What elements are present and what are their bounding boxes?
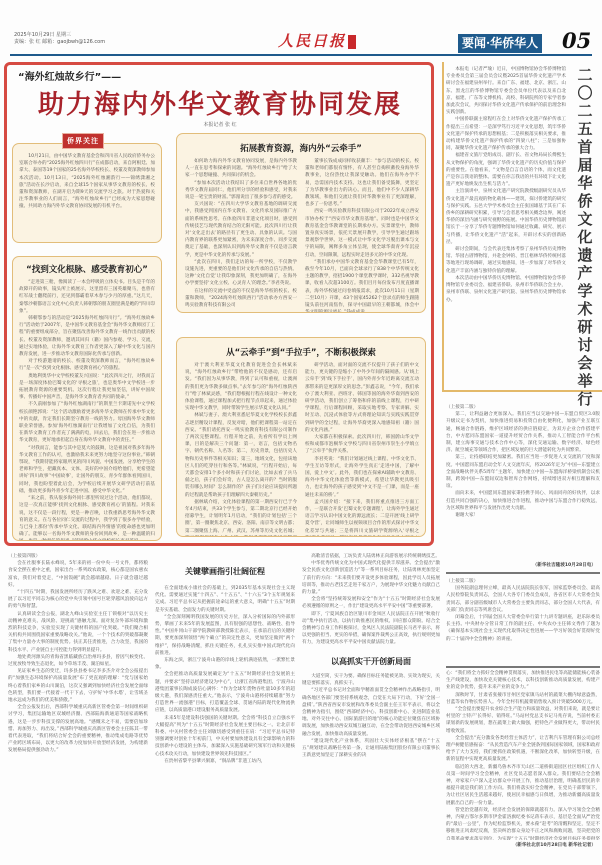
paragraph: 奥地利奥华中文学校校董友兴国说：“此次四川之行，对我而言是一场深度体验巴蜀文化的… <box>19 373 155 402</box>
sidebar-vertical-title: 二〇二五首届华侨文化遗产学术研讨会举行 <box>575 66 595 408</box>
paragraph: 谢谢大家！ <box>446 512 600 519</box>
paragraph: 在贵州省黎平县肇兴侗寨，“侗品牌”非遗工坊内， <box>155 758 295 765</box>
section3-box: 从“云牵手”到“手拉手”，不断积极探索 对于澳大利亚华夏文化教育促进会会长林斌来… <box>176 337 426 537</box>
overseas-edition-icon <box>348 35 356 49</box>
paragraph: 中华优秀传统文化为中国式现代化提供丰厚滋养。全会提出“激发全民族文化创新创造活力… <box>302 560 440 596</box>
paragraph: 全会公报发出后，西部科学城重庆高新区管委会第一时间组织研讨学习，集团运输地区双城… <box>8 704 148 754</box>
headline: 助力海内外华文教育协同发展 <box>0 84 440 121</box>
section3-title: 从“云牵手”到“手拉手”，不断积极探索 <box>177 338 425 358</box>
paragraph: 全会提出“充分激发各类经营主体活力”，让吉利汽车管理有限公司总经理卢树健倍感振奋… <box>446 735 600 764</box>
paragraph: 大道至简，实干为要。确保目标任务能被见效、实效为现实，关键是要抓落实、真抓实干。 <box>302 673 440 687</box>
paragraph: 对于校游邀请的校长、校董及资深教师而言，“海外红烛故乡行”是一次“找到文化根脉、… <box>19 358 155 372</box>
intro-text: 10月21日，由中国华文教育基金会和四川省人民政府侨务办公室联合举办的“2025… <box>19 153 155 211</box>
paragraph: 闭幕会后，十四届全国人大常委会举行第十九讲专题讲座，赵乐际委员长主持。中央财办分… <box>446 614 600 643</box>
paragraph: 本次活动由中国华侨历史博物馆、中国博物馆协会华侨博物馆专业委员会、福建省侨联、泉… <box>446 275 566 304</box>
bottom-col-4: 心：“我们将全力抓好全会精神贯彻落实，加快推进民电等高能储能核心装备生产线建设，… <box>446 670 600 840</box>
paragraph: 董事长钱成成同样收获颇丰：“参与活动的校长、校董和老师们都很有情怀，有人甚至自掏… <box>305 158 419 208</box>
paragraph: 研学活动，面对面的交流不仅提升了孩子们的中文能力，更关键的是缩小了中外少年间的隔… <box>305 362 419 434</box>
divider <box>446 666 600 668</box>
section2-col2: 董事长钱成成同样收获颇丰：“参与活动的校长、校董和老师们都很有情怀，有人甚至自掏… <box>305 158 419 313</box>
section3-col2: 研学活动，面对面的交流不仅提升了孩子们的中文能力，更关键的是缩小了中外少年间的隔… <box>305 362 419 537</box>
bottom-col-3a: 高歌清音依据，工坊负责人陆勇林正向游客展示传统刺绣技艺。 中华优秀传统文化为中国… <box>302 553 440 653</box>
paragraph: 在全面建成小康社会的基础上，到2035年基本实现社会主义现代化。需要通过实施“十… <box>155 585 295 614</box>
paragraph: 据林斌介绍，文化体验课程的第一期西安行已于今年4月结束，共33个学生参与，第二期… <box>185 499 297 537</box>
date-line: 2025年10月29日 星期三 责编：张 红 邮箱：gaojbwh@126.co… <box>14 32 105 46</box>
divider <box>446 572 600 574</box>
paragraph: 韩朝鄂参与的活动是“2025海外红烛四川行”。“海外红烛故乡行”活动始于2007… <box>19 315 155 358</box>
publication-date: 2025年10月29日 星期三 <box>14 32 105 39</box>
byline: 本报记者 张 红 <box>0 121 440 128</box>
subhead: 以高抓实干开创新局面 <box>302 656 440 667</box>
intro-box: 10月21日，由中国华文教育基金会和四川省人民政府侨务办公室联合举办的“2025… <box>12 143 162 243</box>
section-label: 要闻·华侨华人 <box>458 34 542 53</box>
dateline-credit: （新华社吉隆坡10月28日电） <box>446 562 596 568</box>
masthead: 2025年10月29日 星期三 责编：张 红 邮箱：gaojbwh@126.co… <box>10 10 592 56</box>
paragraph: 福建省文旅厅党组成员、副厅长、省文物局局长傅熙生从文物保护的角度，强调了华侨文化… <box>446 152 566 188</box>
paragraph: “十四五”时期，我国发展所经历了跌风之难、欢迎之难、充分发展了以习近平同志为核心… <box>8 589 148 611</box>
section2-box: 拓展教育资源，海内外“云牵手” 如何助力海内外华文教育协同发展，是海内外华教人一… <box>176 133 426 313</box>
paragraph: 孟兴国介绍：“接下来，我们将重点推进三方面工作，一是联合开发‘巴蜀文化专题课程’… <box>305 499 419 537</box>
page-number: 05 <box>562 28 591 53</box>
bottom-col-3b: 大道至简，实干为要。确保目标任务能被见效、实效为现实，关键是要抓落实、真抓实干。… <box>302 673 440 853</box>
paragraph: 高歌清音依据，工坊负责人陆勇林正向游客展示传统刺绣技艺。 <box>302 553 440 560</box>
section1-title: “找到文化根脉、感受教育初心” <box>13 257 161 275</box>
paragraph: 面向未来，中国愿同东盟国家秉持携手同心、风雨同舟的好伙伴，以求打造共同自强的决心… <box>446 490 600 512</box>
paragraph: 见证家乡生态的变迁，玛多县县委书记李多杰介对全会公报提出的“加强生态环境保护高质… <box>8 668 148 704</box>
paragraph: “对我而言，能参与其中是莫大的鼓舞，这是祖国对我多年海外华文教育工作的认可，也激… <box>19 445 155 495</box>
paragraph: 第三，让持感联结更加紧密。我们应当进一步促进人文交流的广度和深度。中国愿同东盟启… <box>446 454 600 490</box>
newspaper-logo: 人民日报 <box>278 30 356 51</box>
paragraph: 心：“我们将全力抓好全会精神贯彻落实，加快推进民电等高能储能核心装备生产线建设，… <box>446 670 600 692</box>
bottom-col-1: （上接第四版） 会在社服事长陆永峰说，5年来的初一份中央一号文件，都将粮食安全摆… <box>8 553 148 853</box>
section2-col1: 如何助力海内外华文教育协同发展，是海内外华教人一直在思考和探索的问题。“海外红烛… <box>185 158 297 309</box>
paragraph: 认真研读全会公报，湖北九峰山实验室主任丁锁根对“以历史主动精神克难关、战风险、迎… <box>8 611 148 654</box>
paragraph: 李君英说：“我们计划通过线上课程、中华文化节、学生互访等形式，让海外学生真正‘走… <box>305 456 419 499</box>
paragraph: 第二，让利益融合更加深入。我们应当以交通中国—东盟自贸区3.0版升级议定书为契机… <box>446 411 600 454</box>
column-badge: 侨界关注 <box>62 133 104 149</box>
continued-story-1: （上接第二版） 第二，让利益融合更加深入。我们应当以交通中国—东盟自贸区3.0版… <box>446 404 600 560</box>
paragraph: 会在社服事长陆永峰说，5年来的初一份中央一号文件，都将粮食安全摆在重中之重，国家… <box>8 560 148 589</box>
section1-text: “走进第三舱，像阅读了一本会呼吸的立体史书。目头是千年的故障开的故事，镜头所上被… <box>13 275 161 541</box>
section1-box: “找到文化根脉、感受教育初心” “走进第三舱，像阅读了一本会呼吸的立体史书。目头… <box>12 256 162 541</box>
paragraph: “建设现代化产业体系，巩固壮大实体经济根基”摆在“十五五”规划建议战略任务第一条… <box>302 738 440 760</box>
paragraph: 全会将“坚持统筹发展和安全”作为“十五五”时期经济社会发展必须遵循的原则之一，作… <box>302 596 440 610</box>
paragraph: 研讨会期间，与会代表还集体考察了泉州华侨历史博物馆、华园古厝博物馆，并赴金钟的、… <box>446 246 566 275</box>
paragraph: 临近的大西北，新疆乌鲁木齐市天山区二道桥街道园区社区组织工作人员第一时间学习全会… <box>446 764 600 807</box>
paragraph: 如何助力海内外华文教育协同发展，是海内外华教人一直在思考和探索的问题。“海外红烛… <box>185 158 297 180</box>
logo-text: 人民日报 <box>278 32 346 50</box>
dateline-credit: （新华社北京10月28日电 新华社记者） <box>446 842 596 848</box>
continued-story-2: （上接第二版） 国务院副总理何立峰，最高人民法院院长张军，国家监察委员会、最高人… <box>446 578 600 664</box>
paragraph: 地处黄河源头的青海省黑临藏族自治州玛多县，曾因气候变化、过度放牧导致生态退化，如… <box>8 654 148 668</box>
paragraph: 深秋时节，甘肃省张掖市甘州区党家镇马站村的蔬菜大棚内绿意盎然，甘蓝等农作物长势喜… <box>446 692 600 706</box>
paragraph: 中国侨联副主席程红在会上对华侨文化遗产保护传承工作提出三点希望：一是深学笃行习近… <box>446 116 566 152</box>
subhead: 关键擘画指引壮阔征程 <box>155 566 295 577</box>
paragraph: “习近平总书记对全面和学精准面贯全会精神作出战略指引，明确各地区各部门要坚持系统… <box>302 687 440 737</box>
paragraph: “我们承办中国华文教育基金会华教课堂已有5年，截至今年10月，已面向全球录行了8… <box>305 259 419 313</box>
kicker: “海外红烛故乡行”—— <box>18 68 121 83</box>
paragraph: “全会提出要提升农业综合生产能力和质量效益，对我们来说，就是要让村里的‘土特产’… <box>446 706 600 735</box>
newspaper-page: 2025年10月29日 星期三 责编：张 红 邮箱：gaojbwh@126.co… <box>0 0 602 865</box>
paragraph: “参加本次活动让我结识了多位来自世界各地的优秀华文教育届同仁，他们所分享的经验和… <box>185 180 297 202</box>
paragraph: 对于澳大利亚华夏文化教育促进会会长林斌来说，“海外红烛故乡行”带给他的不仅是感动… <box>185 362 297 412</box>
paragraph: 管党治党越有效，经济社会发展的保障就越有力。深入学习领会全会精神，内蒙古鄂尔多斯… <box>446 807 600 840</box>
section3-col1: 对于澳大利亚华夏文化教育促进会会长林斌来说，“海外红烛故乡行”带给他的不仅是感动… <box>185 362 297 537</box>
paragraph: 在这样的交流中受益的不仅是海外华校的校长、校董和教师，“2024海外红烛陕西行”… <box>185 288 297 310</box>
paragraph: 东海之滨，浙江宁波舟山港的岸线上轮机满迹依然，一派繁忙景象。 <box>155 657 295 671</box>
continued-label: （上接第二版） <box>446 578 600 585</box>
paragraph: 本报电（记者严瑜）近日，中国博物馆协会华侨博物馆专业委员会第三届会员会议暨202… <box>446 66 566 116</box>
bottom-col-2: 在全面建成小康社会的基础上，到2035年基本实现社会主义现代化。需要通过实施“十… <box>155 585 295 853</box>
paragraph: 林斌与妻子、澳大利亚悉尼华夏文化学校校长彭鑫志逐层精设计课程，反复对暗，他们把课… <box>185 412 297 498</box>
paragraph: 国务院副总理何立峰，最高人民法院院长张军，国家监察委员会、最高人民检察院负责同志… <box>446 585 600 614</box>
paragraph: 未来5年是建设科技强国的关键时期。全会将“科技自立自强水平大幅提高”列为“十五五… <box>155 715 295 758</box>
paragraph: 友兴国说：“在四川大学华文教育基地的调研交流中，我感受到国内在华文教育、文化传承… <box>185 201 297 259</box>
sidebar-story-text: 本报电（记者严瑜）近日，中国博物馆协会华侨博物馆专业委员会第三届会员会议暨202… <box>446 66 566 388</box>
continued-label: （上接第二版） <box>446 404 600 411</box>
paragraph: 大家都在积极探索。此次四川行，韩国蔚山华文学校和成都市泡桐华文学校与四川省崇州市… <box>305 434 419 456</box>
paragraph: 全会把推动高质量发展确定为“十五五”时期经济社会发展的主题，并要求“坚持以经济建… <box>155 671 295 714</box>
continued-label: （上接第四版） <box>8 554 40 559</box>
section2-title: 拓展教育资源，海内外“云牵手” <box>177 134 425 154</box>
paragraph: 主旨演讲中，泉州文化遗产研究院教授级副研究员从华侨文化遗产最直观的物化载体——建… <box>446 188 566 246</box>
paragraph: 西安一鸣实验教育科技有限公司于2022年成立西安市协办校于“西安市华文教育基地”… <box>305 208 419 258</box>
paragraph: “此次在四川，我们走访的每一所学校，不仅教学设施先进，更重要的是他们对文化传承的… <box>185 259 297 288</box>
paragraph: 不久前刚参加了“海外红烛湖南行”的斯里兰卡斯诺先中文学校校长颜艳郭说：“这个活动… <box>19 401 155 444</box>
paragraph: “来之前，我从很多海外同仁那里听说过这个活动，他们都说，这是一次真正能够‘找到文… <box>19 495 155 541</box>
paragraph: “走进第三舱，像阅读了一本会呼吸的立体史书。目头是千年的故障开的故事，镜头所上被… <box>19 279 155 315</box>
paragraph: 即下，宁夏回族自治区银川市金凤区人民法院正在开展“秋收行动”集中执行活动，以执行… <box>302 611 440 647</box>
editor-line: 责编：张 红 邮箱：gaojbwh@126.com <box>14 39 105 46</box>
paragraph: （上接第四版） <box>8 553 148 560</box>
paragraph: “全会深刻阐明我国发展的历史方位，深入分析国际的内外部形势，擘画了未来5年的发展… <box>155 614 295 657</box>
